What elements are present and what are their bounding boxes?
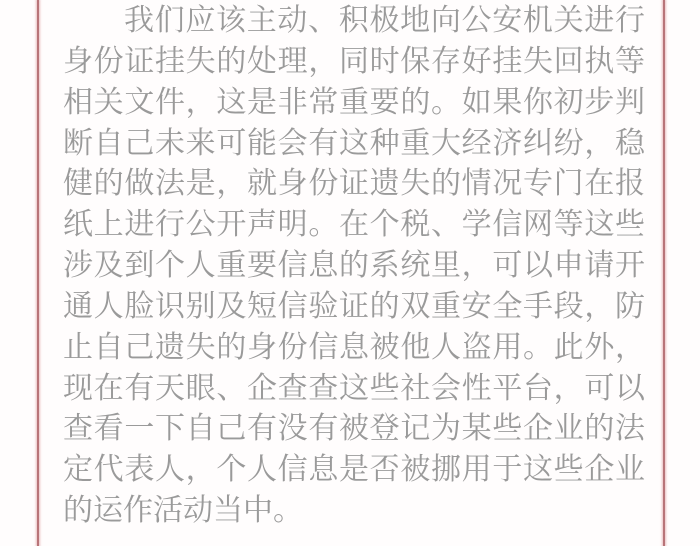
text-line: 我们应该主动、积极地向公安机关进行 (63, 1, 645, 42)
text-line: 止自己遗失的身份信息被他人盗用。此外， (63, 328, 645, 369)
text-line: 身份证挂失的处理，同时保存好挂失回执等 (63, 42, 645, 83)
paragraph: 我们应该主动、积极地向公安机关进行 身份证挂失的处理，同时保存好挂失回执等 相关… (63, 1, 645, 532)
article-page: 我们应该主动、积极地向公安机关进行 身份证挂失的处理，同时保存好挂失回执等 相关… (0, 0, 700, 546)
text-line: 相关文件，这是非常重要的。如果你初步判 (63, 83, 645, 124)
text-line: 查看一下自己有没有被登记为某些企业的法 (63, 409, 645, 450)
text-line: 断自己未来可能会有这种重大经济纠纷，稳 (63, 124, 645, 165)
right-border-line (663, 0, 665, 546)
text-line: 的运作活动当中。 (63, 491, 645, 532)
text-line: 涉及到个人重要信息的系统里，可以申请开 (63, 246, 645, 287)
text-line: 定代表人，个人信息是否被挪用于这些企业 (63, 450, 645, 491)
left-border-line (37, 0, 39, 546)
text-line: 通人脸识别及短信验证的双重安全手段，防 (63, 287, 645, 328)
text-line: 纸上进行公开声明。在个税、学信网等这些 (63, 205, 645, 246)
text-line: 健的做法是，就身份证遗失的情况专门在报 (63, 164, 645, 205)
text-line: 现在有天眼、企查查这些社会性平台，可以 (63, 369, 645, 410)
